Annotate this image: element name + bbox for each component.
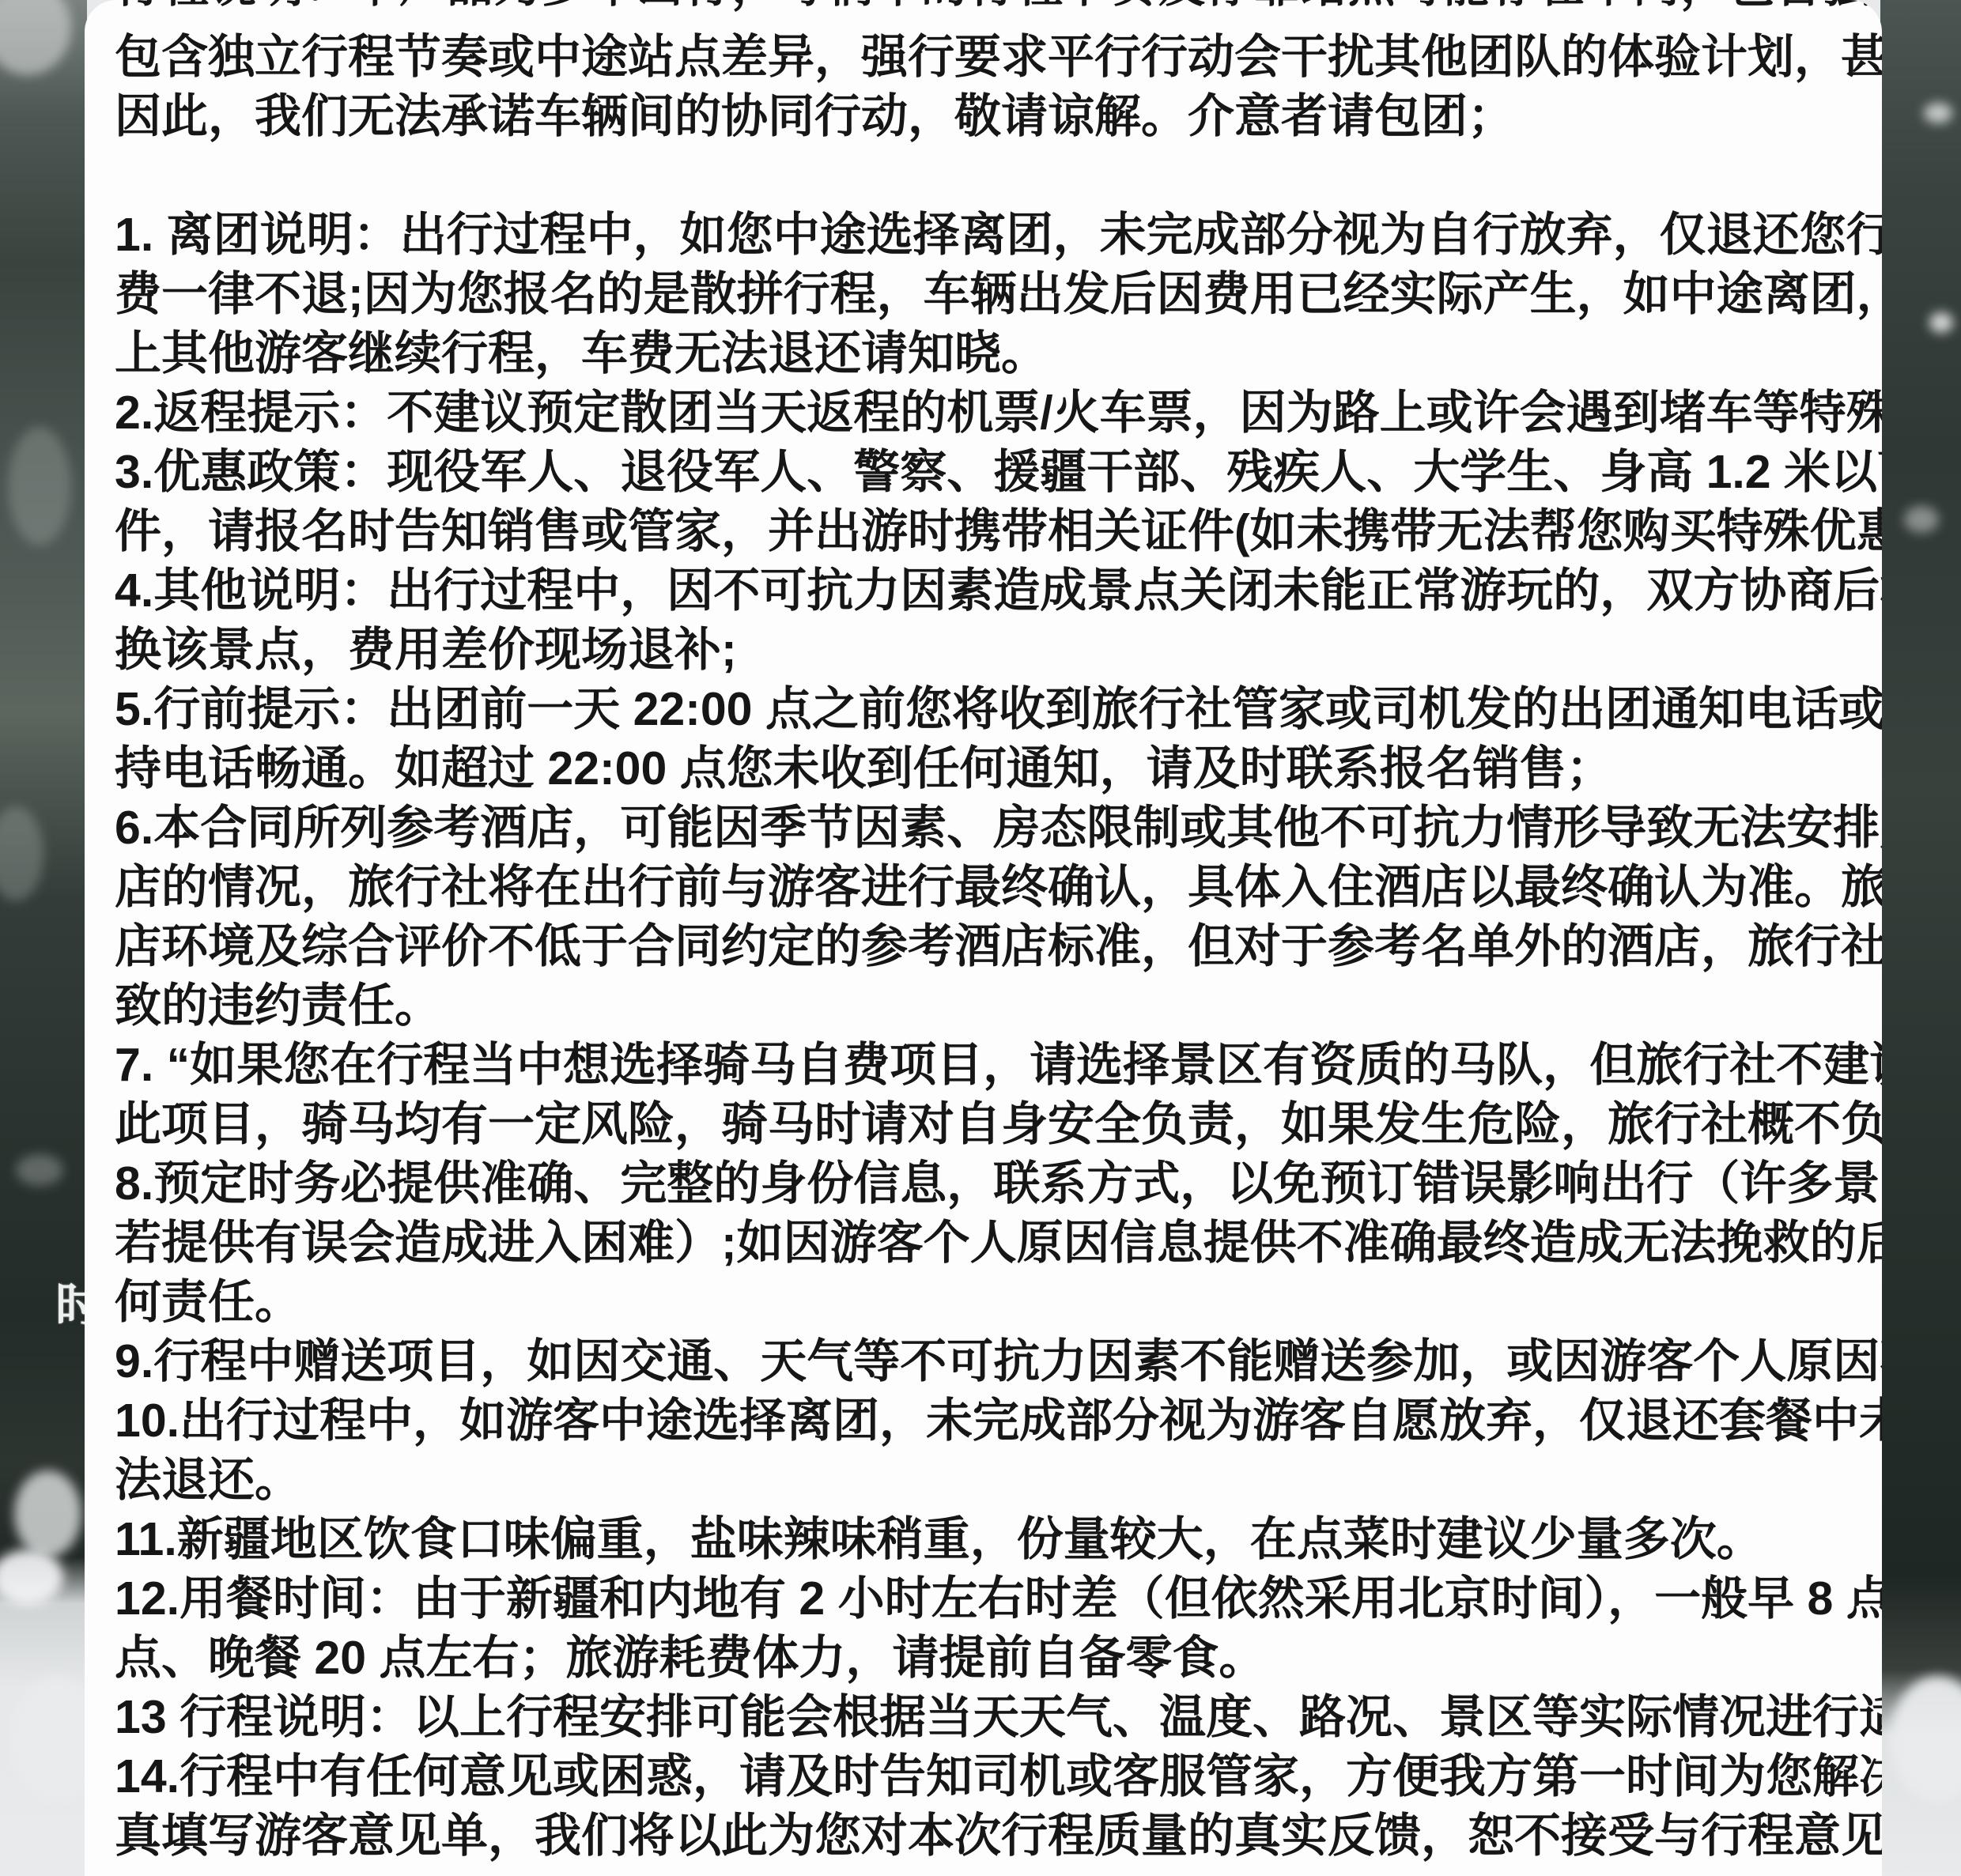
notice-line: 6.本合同所列参考酒店，可能因季节因素、房态限制或其他不可抗力情形导致无法安排入… xyxy=(115,798,1850,858)
notice-line: 若提供有误会造成进入困难）;如因游客个人原因信息提供不准确最终造成无法挽救的后果… xyxy=(115,1214,1850,1273)
notice-line: 真填写游客意见单，我们将以此为您对本次行程质量的真实反馈，恕不接受与行程意见单 xyxy=(115,1806,1850,1866)
notice-line: 10.出行过程中，如游客中途选择离团，未完成部分视为游客自愿放弃，仅退还套餐中未… xyxy=(115,1391,1850,1451)
background-forest-left: 时 xyxy=(0,0,87,1876)
snow-patch xyxy=(9,1676,87,1802)
snow-patch xyxy=(0,806,43,901)
snow-patch xyxy=(8,427,71,545)
notice-line: 何责任。 xyxy=(115,1273,1850,1332)
notice-line-blank xyxy=(115,146,1850,206)
notice-line: 点、晚餐 20 点左右；旅游耗费体力，请提前自备零食。 xyxy=(115,1629,1850,1688)
snow-patch xyxy=(1890,1676,1961,1802)
snow-patch xyxy=(16,1154,63,1186)
notice-line: 2.返程提示：不建议预定散团当天返程的机票/火车票，因为路上或许会遇到堵车等特殊… xyxy=(115,383,1850,443)
background-forest-right xyxy=(1880,0,1961,1876)
notice-line: 14.行程中有任何意见或困惑，请及时告知司机或客服管家，方便我方第一时间为您解决… xyxy=(115,1747,1850,1806)
notice-line: 13 行程说明：以上行程安排可能会根据当天天气、温度、路况、景区等实际情况进行适… xyxy=(115,1688,1850,1747)
snow-patch xyxy=(1929,312,1953,333)
snow-patch xyxy=(0,0,71,75)
notice-line: 因此，我们无法承诺车辆间的协同行动，敬请谅解。介意者请包团； xyxy=(115,87,1850,146)
notice-line: 9.行程中赠送项目，如因交通、天气等不可抗力因素不能赠送参加，或因游客个人原因不… xyxy=(115,1332,1850,1391)
snow-patch xyxy=(1904,506,1939,533)
notice-line: 5.行前提示：出团前一天 22:00 点之前您将收到旅行社管家或司机发的出团通知… xyxy=(115,680,1850,739)
notice-line: 件，请报名时告知销售或管家，并出游时携带相关证件(如未携带无法帮您购买特殊优惠票… xyxy=(115,502,1850,561)
notice-line: 12.用餐时间：由于新疆和内地有 2 小时左右时差（但依然采用北京时间），一般早… xyxy=(115,1569,1850,1629)
notice-line: 致的违约责任。 xyxy=(115,976,1850,1036)
notice-line: 持电话畅通。如超过 22:00 点您未收到任何通知，请及时联系报名销售； xyxy=(115,739,1850,798)
notice-line: 1. 离团说明：出行过程中，如您中途选择离团，未完成部分视为自行放弃，仅退还您行… xyxy=(115,206,1850,265)
notice-line: 3.优惠政策：现役军人、退役军人、警察、援疆干部、残疾人、大学生、身高 1.2 … xyxy=(115,443,1850,502)
snow-patch xyxy=(14,1470,81,1557)
snow-patch xyxy=(0,1549,63,1605)
notice-line: 费一律不退;因为您报名的是散拼行程，车辆出发后因费用已经实际产生，如中途离团，车… xyxy=(115,265,1850,324)
notice-line: 包含独立行程节奏或中途站点差异，强行要求平行行动会干扰其他团队的体验计划，甚至导… xyxy=(115,28,1850,87)
notice-line: 店的情况，旅行社将在出行前与游客进行最终确认，具体入住酒店以最终确认为准。旅行社… xyxy=(115,858,1850,917)
notice-line: 店环境及综合评价不低于合同约定的参考酒店标准，但对于参考名单外的酒店，旅行社不承… xyxy=(115,917,1850,976)
notice-line-clipped: 行程说明：本产品为多车出行，每辆车的行程节奏及停靠站点可能存在不同，包含独立 xyxy=(115,0,1850,9)
notice-line: 法退还。 xyxy=(115,1451,1850,1510)
notice-card: 行程说明：本产品为多车出行，每辆车的行程节奏及停靠站点可能存在不同，包含独立 包… xyxy=(85,0,1882,1876)
notice-line: 4.其他说明：出行过程中，因不可抗力因素造成景点关闭未能正常游玩的，双方协商后根… xyxy=(115,561,1850,621)
notice-line: 7. “如果您在行程当中想选择骑马自费项目，请选择景区有资质的马队，但旅行社不建… xyxy=(115,1036,1850,1095)
clipped-watermark-char: 时 xyxy=(55,1282,87,1331)
notice-line: 上其他游客继续行程，车费无法退还请知晓。 xyxy=(115,324,1850,383)
notice-line: 11.新疆地区饮食口味偏重，盐味辣味稍重，份量较大，在点菜时建议少量多次。 xyxy=(115,1510,1850,1569)
notice-line: 8.预定时务必提供准确、完整的身份信息，联系方式，以免预订错误影响出行（许多景区… xyxy=(115,1154,1850,1214)
snow-patch xyxy=(1924,103,1952,123)
notice-text-block: 包含独立行程节奏或中途站点差异，强行要求平行行动会干扰其他团队的体验计划，甚至导… xyxy=(115,28,1850,1866)
notice-line: 此项目，骑马均有一定风险，骑马时请对自身安全负责，如果发生危险，旅行社概不负责” xyxy=(115,1095,1850,1154)
notice-line: 换该景点，费用差价现场退补; xyxy=(115,621,1850,680)
